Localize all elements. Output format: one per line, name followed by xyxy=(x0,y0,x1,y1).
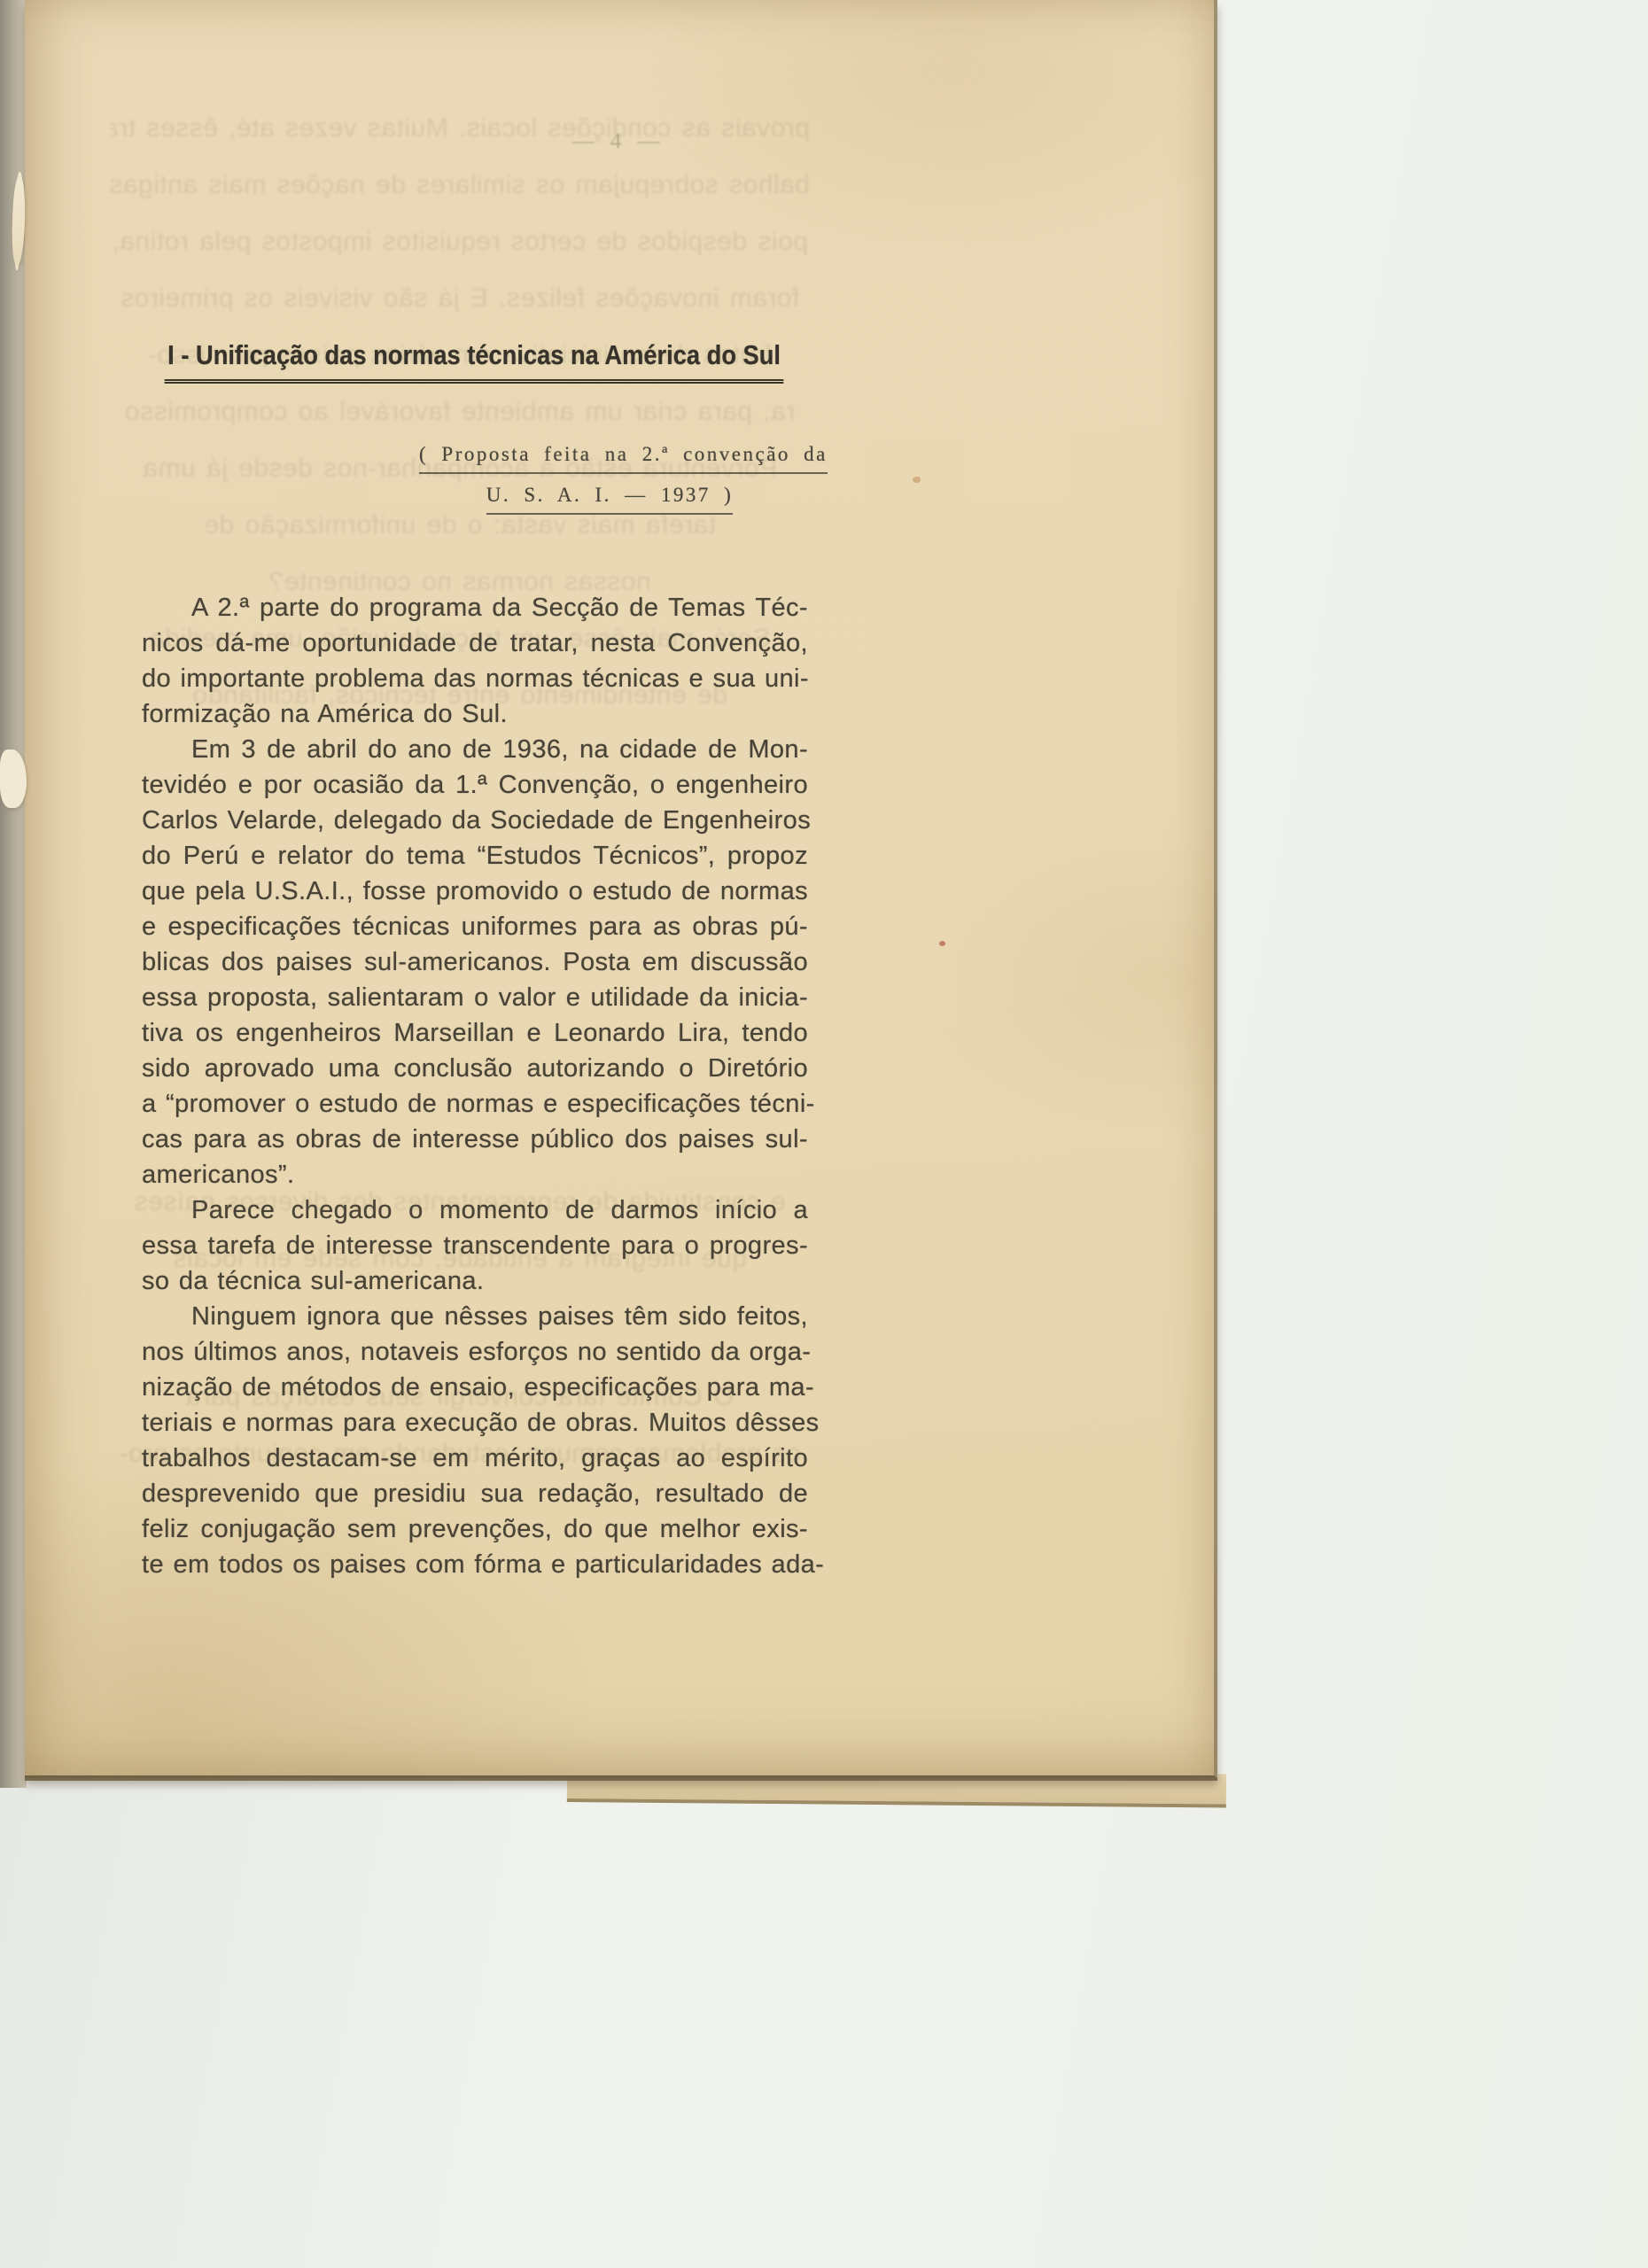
paragraph: A 2.ª parte do programa da Secção de Tem… xyxy=(142,590,808,732)
text-line: Em 3 de abril do ano de 1936, na cidade … xyxy=(142,732,808,767)
text-line: A 2.ª parte do programa da Secção de Tem… xyxy=(142,590,808,625)
page-number: — 4 — xyxy=(521,129,716,154)
text-line: Carlos Velarde, delegado da Sociedade de… xyxy=(142,803,808,838)
text-line: feliz conjugação sem prevenções, do que … xyxy=(142,1511,808,1547)
subtitle-line-2: U. S. A. I. — 1937 ) xyxy=(486,484,734,515)
bleedthrough-line: foram inovações felizes. E já são visive… xyxy=(110,283,810,314)
bleedthrough-line: ra, para criar um ambiente favorável ao … xyxy=(110,397,810,427)
bleedthrough-line: pois despidos de certos requisitos impos… xyxy=(110,227,810,257)
text-line: Ninguem ignora que nêsses paises têm sid… xyxy=(142,1299,808,1334)
text-line: so da técnica sul-americana. xyxy=(142,1263,808,1299)
text-line: nização de métodos de ensaio, especifica… xyxy=(142,1370,808,1405)
paragraph: Em 3 de abril do ano de 1936, na cidade … xyxy=(142,732,808,1192)
paragraph: Ninguem ignora que nêsses paises têm sid… xyxy=(142,1299,808,1582)
bleedthrough-line: balhos sobrepujam os similares de nações… xyxy=(110,170,810,200)
text-line: do Perú e relator do tema “Estudos Técni… xyxy=(142,838,808,874)
text-line: tevidéo e por ocasião da 1.ª Convenção, … xyxy=(142,767,808,803)
text-line: que pela U.S.A.I., fosse promovido o est… xyxy=(142,874,808,909)
text-line: a “promover o estudo de normas e especif… xyxy=(142,1086,808,1122)
paragraph: Parece chegado o momento de darmos iníci… xyxy=(142,1192,808,1299)
paper-speck xyxy=(913,477,921,483)
section-title: I - Unificação das normas técnicas na Am… xyxy=(122,338,792,384)
text-line: essa proposta, salientaram o valor e uti… xyxy=(142,980,808,1015)
body-text: A 2.ª parte do programa da Secção de Tem… xyxy=(142,590,808,1582)
text-line: do importante problema das normas técnic… xyxy=(142,661,808,696)
text-line: formização na América do Sul. xyxy=(142,696,808,732)
subtitle-block: ( Proposta feita na 2.ª convenção da U. … xyxy=(419,443,800,524)
scanned-document: provais as condições locais. Muitas veze… xyxy=(0,0,1648,2268)
text-line: nos últimos anos, notaveis esforços no s… xyxy=(142,1334,808,1370)
text-line: teriais e normas para execução de obras.… xyxy=(142,1405,808,1441)
text-line: cas para as obras de interesse público d… xyxy=(142,1122,808,1157)
text-line: tiva os engenheiros Marseillan e Leonard… xyxy=(142,1015,808,1051)
section-title-text: I - Unificação das normas técnicas na Am… xyxy=(165,339,784,384)
subtitle-line-1: ( Proposta feita na 2.ª convenção da xyxy=(419,443,828,474)
scan-gutter-edge xyxy=(0,0,27,1788)
text-line: essa tarefa de interesse transcendente p… xyxy=(142,1228,808,1263)
text-line: te em todos os paises com fórma e partic… xyxy=(142,1547,808,1582)
paper-speck xyxy=(939,941,945,946)
text-line: sido aprovado uma conclusão autorizando … xyxy=(142,1051,808,1086)
text-line: americanos”. xyxy=(142,1157,808,1192)
text-line: nicos dá-me oportunidade de tratar, nest… xyxy=(142,625,808,661)
text-line: e especificações técnicas uniformes para… xyxy=(142,909,808,944)
text-line: Parece chegado o momento de darmos iníci… xyxy=(142,1192,808,1228)
text-line: desprevenido que presidiu sua redação, r… xyxy=(142,1476,808,1511)
document-page: provais as condições locais. Muitas veze… xyxy=(25,0,1217,1778)
text-line: blicas dos paises sul-americanos. Posta … xyxy=(142,944,808,980)
text-line: trabalhos destacam-se em mérito, graças … xyxy=(142,1441,808,1476)
